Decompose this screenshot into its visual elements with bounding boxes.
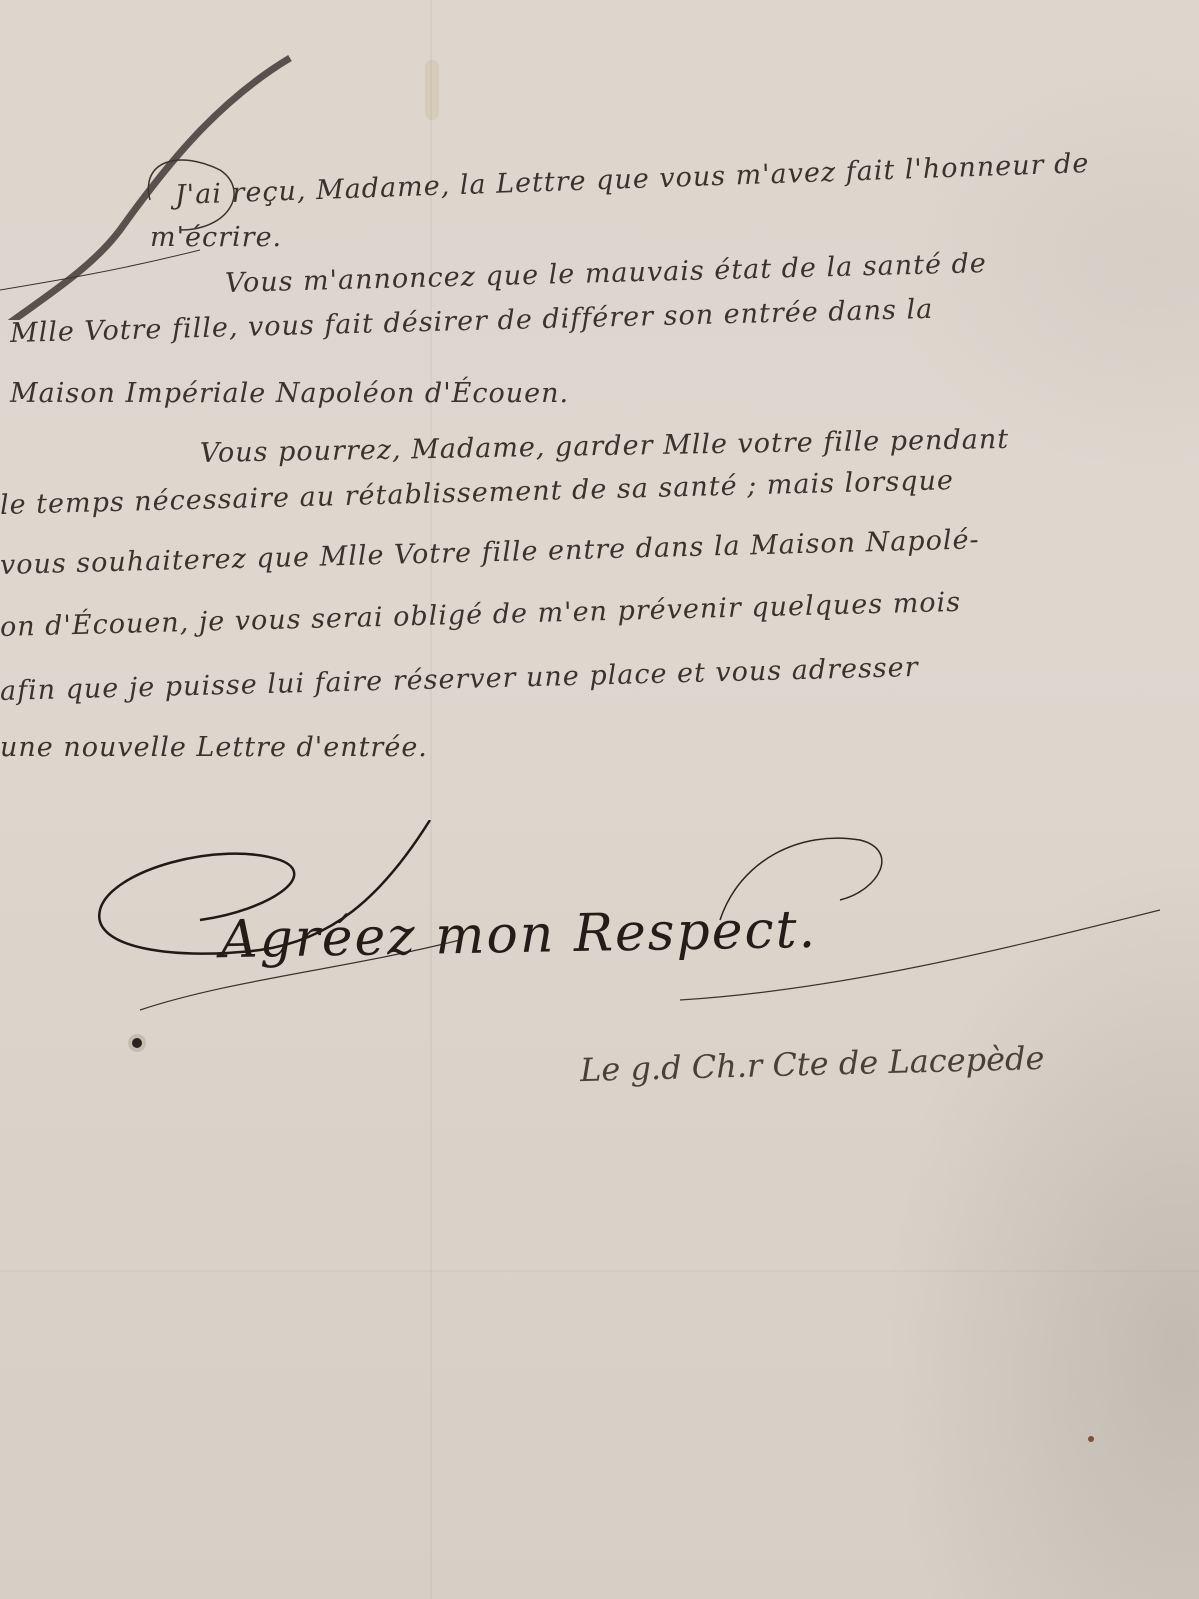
ink-spot <box>1088 1436 1094 1442</box>
signature: Le g.d Ch.r Cte de Lacepède <box>580 1039 1045 1089</box>
letter-line: afin que je puisse lui faire réserver un… <box>0 652 919 707</box>
letter-line: une nouvelle Lettre d'entrée. <box>0 732 428 763</box>
paper-hole <box>132 1038 142 1048</box>
paper-fold <box>0 1270 1199 1272</box>
letter-page: J'ai reçu, Madame, la Lettre que vous m'… <box>0 0 1199 1599</box>
letter-line: Vous m'annoncez que le mauvais état de l… <box>225 248 988 299</box>
paper-stain <box>425 60 439 120</box>
letter-line: Maison Impériale Napoléon d'Écouen. <box>10 378 569 409</box>
paper-fold <box>430 0 432 1599</box>
letter-line: Vous pourrez, Madame, garder Mlle votre … <box>200 424 1010 469</box>
letter-line: on d'Écouen, je vous serai obligé de m'e… <box>0 587 961 643</box>
letter-line: vous souhaiterez que Mlle Votre fille en… <box>0 524 980 581</box>
letter-line: m'écrire. <box>150 222 282 253</box>
letter-line: le temps nécessaire au rétablissement de… <box>0 465 954 521</box>
closing-salutation: Agréez mon Respect. <box>220 900 818 970</box>
